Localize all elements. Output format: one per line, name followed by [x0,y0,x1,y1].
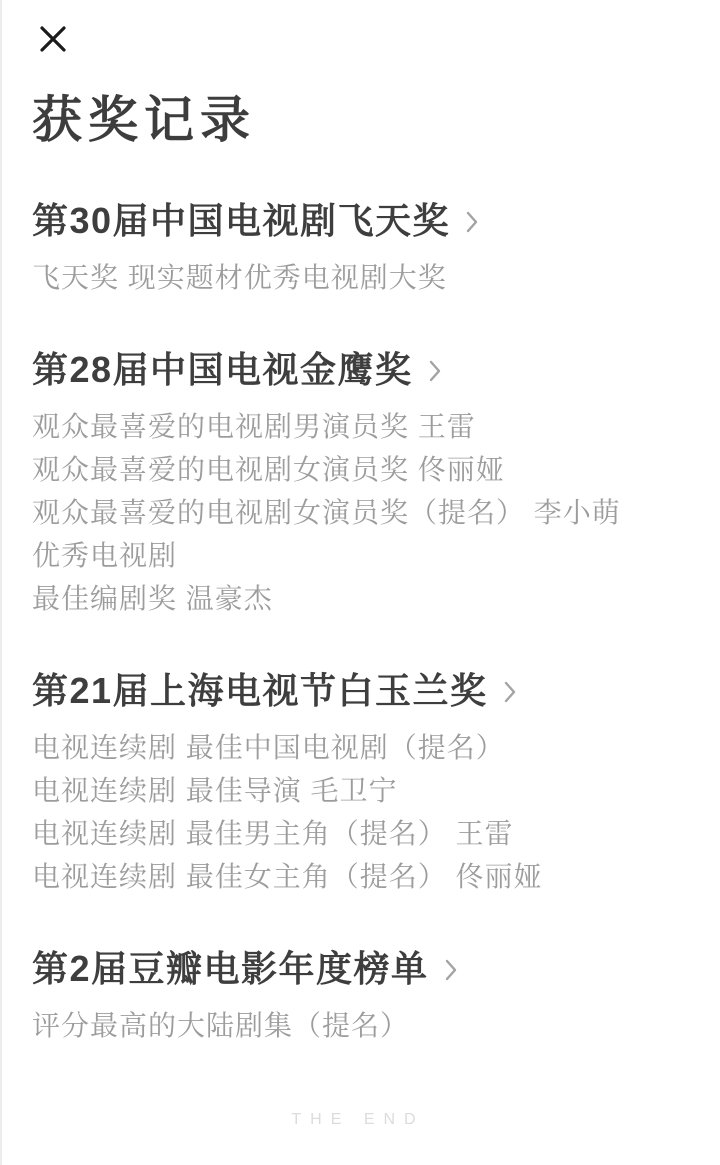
end-of-list-label: THE END [32,1111,684,1129]
award-section-douban: 第2届豆瓣电影年度榜单 评分最高的大陆剧集（提名） [32,946,684,1047]
left-edge-divider [0,0,2,1165]
award-section-title-baiyulan[interactable]: 第21届上海电视节白玉兰奖 [32,668,684,714]
page-title: 获奖记录 [32,90,684,150]
award-section-baiyulan: 第21届上海电视节白玉兰奖 电视连续剧 最佳中国电视剧（提名） 电视连续剧 最佳… [32,668,684,898]
award-item: 电视连续剧 最佳导演 毛卫宁 [32,769,684,812]
award-item: 电视连续剧 最佳女主角（提名） 佟丽娅 [32,855,684,898]
award-items: 评分最高的大陆剧集（提名） [32,1004,684,1047]
award-item: 最佳编剧奖 温豪杰 [32,577,684,620]
award-section-title-douban[interactable]: 第2届豆瓣电影年度榜单 [32,946,684,992]
award-items: 观众最喜爱的电视剧男演员奖 王雷 观众最喜爱的电视剧女演员奖 佟丽娅 观众最喜爱… [32,405,684,620]
award-item: 优秀电视剧 [32,534,684,577]
award-section-title-jinying[interactable]: 第28届中国电视金鹰奖 [32,347,684,393]
award-items: 飞天奖 现实题材优秀电视剧大奖 [32,256,684,299]
award-item: 观众最喜爱的电视剧女演员奖（提名） 李小萌 [32,491,684,534]
award-section-feitian: 第30届中国电视剧飞天奖 飞天奖 现实题材优秀电视剧大奖 [32,198,684,299]
award-item: 观众最喜爱的电视剧女演员奖 佟丽娅 [32,448,684,491]
close-button[interactable] [36,22,70,56]
award-title-text: 第28届中国电视金鹰奖 [32,347,413,393]
close-icon [36,44,70,59]
chevron-right-icon [443,957,459,983]
award-title-text: 第2届豆瓣电影年度榜单 [32,946,429,992]
chevron-right-icon [427,358,443,384]
award-title-text: 第21届上海电视节白玉兰奖 [32,668,488,714]
awards-page: 获奖记录 第30届中国电视剧飞天奖 飞天奖 现实题材优秀电视剧大奖 第28届中国… [0,0,720,1129]
award-section-jinying: 第28届中国电视金鹰奖 观众最喜爱的电视剧男演员奖 王雷 观众最喜爱的电视剧女演… [32,347,684,620]
award-section-title-feitian[interactable]: 第30届中国电视剧飞天奖 [32,198,684,244]
award-item: 电视连续剧 最佳中国电视剧（提名） [32,726,684,769]
award-items: 电视连续剧 最佳中国电视剧（提名） 电视连续剧 最佳导演 毛卫宁 电视连续剧 最… [32,726,684,898]
award-item: 飞天奖 现实题材优秀电视剧大奖 [32,256,684,299]
award-item: 观众最喜爱的电视剧男演员奖 王雷 [32,405,684,448]
chevron-right-icon [464,209,480,235]
award-title-text: 第30届中国电视剧飞天奖 [32,198,450,244]
chevron-right-icon [502,679,518,705]
award-item: 评分最高的大陆剧集（提名） [32,1004,684,1047]
award-item: 电视连续剧 最佳男主角（提名） 王雷 [32,812,684,855]
